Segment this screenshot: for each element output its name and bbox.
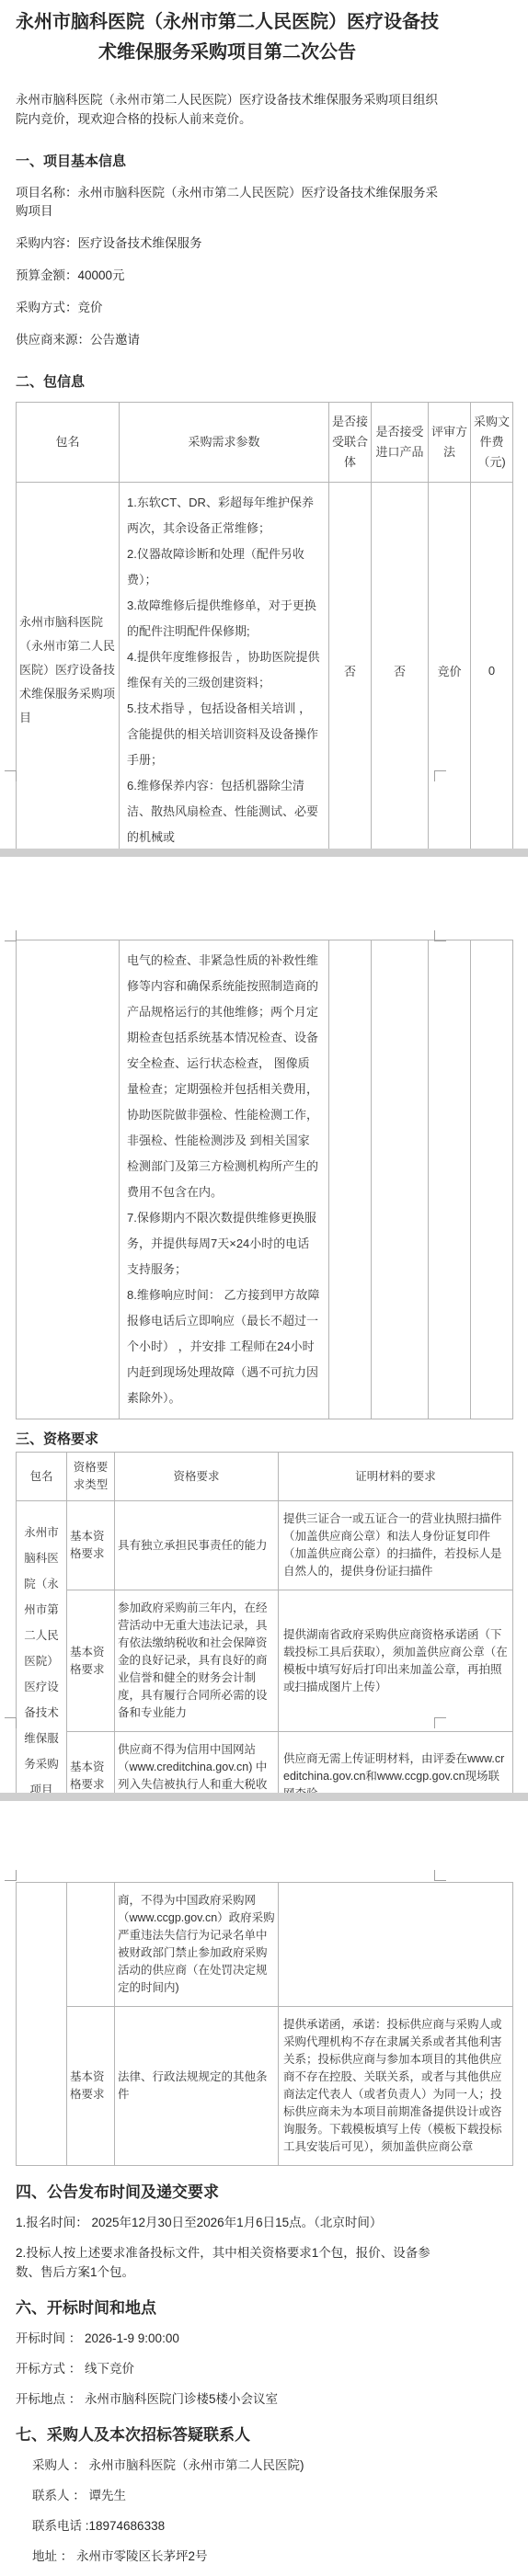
cell-qualification: 法律、行政法规规定的其他条件 [115,2007,279,2166]
cell-proof-material: 提供承诺函，承诺：投标供应商与采购人或采购代理机构不存在隶属关系或者其他利害关系… [279,2007,513,2166]
col-header-accept-import: 是否接受进口产品 [372,403,429,483]
registration-time: 1.报名时间： 2025年12月30日至2026年1月6日15点。（北京时间） [16,2213,441,2232]
cell-empty [429,940,471,1419]
section-1-heading: 一、项目基本信息 [16,151,512,170]
package-info-table-page2: 电气的检查、非紧急性质的补救性维修等内容和确保系统能按照制造商的产品规格运行的其… [16,940,513,1419]
cell-qualification-type: 基本资格要求 [67,1590,115,1732]
cell-qualification: 具有独立承担民事责任的能力 [115,1501,279,1590]
cell-requirement-params-part2: 电气的检查、非紧急性质的补救性维修等内容和确保系统能按照制造商的产品规格运行的其… [120,940,329,1419]
contact-phone: 联系电话 :18974686338 [32,2516,457,2536]
address: 地址 ： 永州市零陵区长茅坪2号 [32,2547,457,2566]
col-header-review-method: 评审方法 [429,403,471,483]
package-table-row-continued: 电气的检查、非紧急性质的补救性维修等内容和确保系统能按照制造商的产品规格运行的其… [17,940,513,1419]
margin-mark-bottom-left [5,770,17,781]
page-divider [0,849,528,857]
section-7-heading: 七、采购人及本次招标答疑联系人 [16,2422,512,2445]
col-header-package-name: 包名 [17,1453,67,1501]
cell-proof-material: 提供三证合一或五证合一的营业执照扫描件（加盖供应商公章）和法人身份证复印件（加盖… [279,1501,513,1590]
cell-requirement-params-part1: 1.东软CT、DR、彩超每年维护保养两次，其余设备正常维修； 2.仪器故障诊断和… [120,483,329,849]
section-6-heading: 六、开标时间和地点 [16,2295,512,2318]
cell-proof-material: 供应商无需上传证明材料，由评委在www.creditchina.gov.cn和w… [279,1732,513,1794]
section-3-heading: 三、资格要求 [16,1429,512,1448]
cell-qualification-type: 基本资格要求 [67,1732,115,1794]
qualification-table-page2: 包名 资格要求类型 资格要求 证明材料的要求 永州市脑科医院（永州市第二人民医院… [16,1452,513,1793]
col-header-qualification: 资格要求 [115,1453,279,1501]
margin-mark-top-right [434,1870,446,1881]
cell-qualification-type-empty [67,1883,115,2007]
document-page-1: 永州市脑科医院（永州市第二人民医院）医疗设备技术维保服务采购项目第二次公告 永州… [0,0,528,849]
cell-qualification-type: 基本资格要求 [67,1501,115,1590]
section-2-heading: 二、包信息 [16,371,512,391]
qualification-row-3: 基本资格要求 供应商不得为信用中国网站（www.creditchina.gov.… [17,1732,513,1794]
cell-empty [471,940,513,1419]
cell-qualification: 参加政府采购前三年内，在经营活动中无重大违法记录，具有依法缴纳税收和社会保障资金… [115,1590,279,1732]
cell-accept-import: 否 [372,483,429,849]
cell-proof-material: 提供湖南省政府采购供应商资格承诺函（下载投标工具后获取），须加盖供应商公章（在模… [279,1590,513,1732]
margin-mark-bottom-right [434,1717,446,1728]
col-header-qualification-type: 资格要求类型 [67,1453,115,1501]
col-header-package-name: 包名 [17,403,120,483]
col-header-accept-consortium: 是否接受联合体 [329,403,372,483]
field-supplier-source: 供应商来源：公告邀请 [16,331,444,349]
cell-qualification-part1: 供应商不得为信用中国网站（www.creditchina.gov.cn) 中列入… [115,1732,279,1794]
contact-person: 联系人 ： 谭先生 [32,2486,457,2505]
margin-mark-bottom-right [434,770,446,781]
cell-document-fee: 0 [471,483,513,849]
section-4-heading: 四、公告发布时间及递交要求 [16,2179,512,2202]
bid-opening-location: 开标地点 ： 永州市脑科医院门诊楼5楼小会议室 [16,2389,441,2409]
page-title: 永州市脑科医院（永州市第二人民医院）医疗设备技术维保服务采购项目第二次公告 [16,7,439,68]
cell-empty [329,940,372,1419]
qualification-table-page3: 商，不得为中国政府采购网（www.ccgp.gov.cn）政府采购严重违法失信行… [16,1882,513,2166]
cell-accept-consortium: 否 [329,483,372,849]
cell-package-name: 永州市脑科医院（永州市第二人民医院）医疗设备技术维保服务采购项目 [17,1501,67,1794]
col-header-document-fee: 采购文件费（元) [471,403,513,483]
margin-mark-top-right [434,930,446,941]
cell-review-method: 竞价 [429,483,471,849]
package-table-row: 永州市脑科医院（永州市第二人民医院）医疗设备技术维保服务采购项目 1.东软CT、… [17,483,513,849]
col-header-requirement-params: 采购需求参数 [120,403,329,483]
margin-mark-top-left [5,930,17,941]
cell-empty [372,940,429,1419]
bid-document-requirement: 2.投标人按上述要求准备投标文件，其中相关资格要求1个包，报价、设备参数、售后方… [16,2243,441,2282]
bid-opening-time: 开标时间 ： 2026-1-9 9:00:00 [16,2329,441,2348]
bid-opening-method: 开标方式 ： 线下竞价 [16,2359,441,2378]
qualification-row-2: 基本资格要求 参加政府采购前三年内，在经营活动中无重大违法记录，具有依法缴纳税收… [17,1590,513,1732]
cell-package-name-empty [17,1883,67,2166]
page-divider [0,1793,528,1801]
purchaser: 采购人 ： 永州市脑科医院（永州市第二人民医院) [32,2456,457,2475]
cell-qualification-part2: 商，不得为中国政府采购网（www.ccgp.gov.cn）政府采购严重违法失信行… [115,1883,279,2007]
field-budget-amount: 预算金额：40000元 [16,267,444,285]
cell-proof-material-empty [279,1883,513,2007]
qualification-row-4: 基本资格要求 法律、行政法规规定的其他条件 提供承诺函，承诺：投标供应商与采购人… [17,2007,513,2166]
qualification-table-header-row: 包名 资格要求类型 资格要求 证明材料的要求 [17,1453,513,1501]
intro-paragraph: 永州市脑科医院（永州市第二人民医院）医疗设备技术维保服务采购项目组织院内竞价，现… [16,90,441,129]
field-project-name: 项目名称：永州市脑科医院（永州市第二人民医院）医疗设备技术维保服务采购项目 [16,184,444,221]
qualification-row-1: 永州市脑科医院（永州市第二人民医院）医疗设备技术维保服务采购项目 基本资格要求 … [17,1501,513,1590]
margin-mark-top-left [5,1870,17,1881]
margin-mark-bottom-left [5,1717,17,1728]
cell-package-name: 永州市脑科医院（永州市第二人民医院）医疗设备技术维保服务采购项目 [17,483,120,849]
col-header-proof-material: 证明材料的要求 [279,1453,513,1501]
document-page-2: 电气的检查、非紧急性质的补救性维修等内容和确保系统能按照制造商的产品规格运行的其… [0,857,528,1793]
package-info-table-page1: 包名 采购需求参数 是否接受联合体 是否接受进口产品 评审方法 采购文件费（元)… [16,402,513,849]
field-procurement-content: 采购内容：医疗设备技术维保服务 [16,234,444,253]
qualification-row-3-continued: 商，不得为中国政府采购网（www.ccgp.gov.cn）政府采购严重违法失信行… [17,1883,513,2007]
document-page-3: 商，不得为中国政府采购网（www.ccgp.gov.cn）政府采购严重违法失信行… [0,1801,528,2576]
field-procurement-method: 采购方式：竞价 [16,299,444,317]
cell-qualification-type: 基本资格要求 [67,2007,115,2166]
cell-package-name-empty [17,940,120,1419]
package-table-header-row: 包名 采购需求参数 是否接受联合体 是否接受进口产品 评审方法 采购文件费（元) [17,403,513,483]
